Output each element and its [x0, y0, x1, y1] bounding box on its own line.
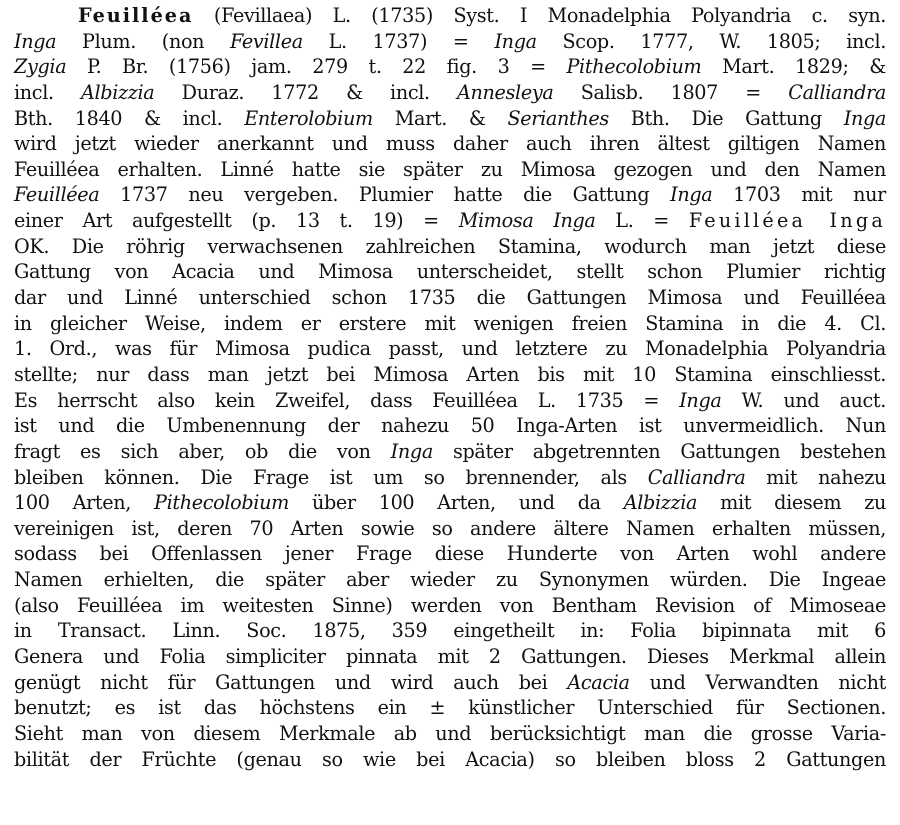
- body-text: mit nahezu: [745, 466, 886, 489]
- italic-taxon-name: Fevillea: [230, 30, 303, 53]
- italic-taxon-name: Inga: [494, 30, 536, 53]
- body-text: in gleicher Weise, indem er erstere mit …: [14, 312, 886, 335]
- text-line: Genera und Folia simpliciter pinnata mit…: [14, 644, 886, 670]
- text-line: 1. Ord., was für Mimosa pudica passt, un…: [14, 336, 886, 362]
- body-text: und Verwandten nicht: [630, 671, 886, 694]
- text-line: Gattung von Acacia und Mimosa unterschei…: [14, 259, 886, 285]
- italic-taxon-name: Inga: [391, 440, 433, 463]
- text-line: genügt nicht für Gattungen und wird auch…: [14, 670, 886, 696]
- body-text: 100 Arten,: [14, 491, 154, 514]
- body-text: einer Art aufgestellt (p. 13 t. 19) =: [14, 209, 459, 232]
- body-text: L. 1737) =: [303, 30, 495, 53]
- italic-taxon-name: Serianthes: [507, 107, 608, 130]
- text-line: Feuilléea (Fevillaea) L. (1735) Syst. I …: [14, 3, 886, 29]
- body-text: 1. Ord., was für Mimosa pudica passt, un…: [14, 337, 886, 360]
- text-line: vereinigen ist, deren 70 Arten sowie so …: [14, 516, 886, 542]
- italic-taxon-name: Calliandra: [788, 81, 886, 104]
- body-text: genügt nicht für Gattungen und wird auch…: [14, 671, 567, 694]
- text-line: einer Art aufgestellt (p. 13 t. 19) = Mi…: [14, 208, 886, 234]
- body-text: Es herrscht also kein Zweifel, dass Feui…: [14, 389, 679, 412]
- italic-taxon-name: Zygia: [14, 55, 66, 78]
- text-line: Sieht man von diesem Merkmale ab und ber…: [14, 721, 886, 747]
- text-line: Es herrscht also kein Zweifel, dass Feui…: [14, 388, 886, 414]
- text-line: stellte; nur dass man jetzt bei Mimosa A…: [14, 362, 886, 388]
- body-text: Bth. Die Gattung: [609, 107, 844, 130]
- body-text: (also Feuilléea im weitesten Sinne) werd…: [14, 594, 886, 617]
- body-text: bilität der Früchte (genau so wie bei Ac…: [14, 748, 886, 771]
- text-line: Bth. 1840 & incl. Enterolobium Mart. & S…: [14, 106, 886, 132]
- genus-heading: Feuilléea: [78, 4, 193, 27]
- body-text: incl.: [14, 81, 81, 104]
- body-text: Namen erhielten, die später aber wieder …: [14, 568, 886, 591]
- text-line: fragt es sich aber, ob die von Inga spät…: [14, 439, 886, 465]
- body-text: 1737 neu vergeben. Plumier hatte die Gat…: [99, 183, 670, 206]
- body-text: später abgetrennten Gattungen bestehen: [433, 440, 886, 463]
- body-text: W. und auct.: [721, 389, 886, 412]
- body-text: Duraz. 1772 & incl.: [154, 81, 457, 104]
- spaced-species-name: Feuilléea Inga: [689, 209, 886, 232]
- body-text: Plum. (non: [56, 30, 230, 53]
- body-text: benutzt; es ist das höchstens ein ± küns…: [14, 696, 886, 719]
- body-text: (Fevillaea) L. (1735) Syst. I Monadelphi…: [193, 4, 886, 27]
- italic-taxon-name: Annesleya: [457, 81, 553, 104]
- body-text: Salisb. 1807 =: [553, 81, 788, 104]
- body-text: Scop. 1777, W. 1805; incl.: [537, 30, 886, 53]
- body-text: vereinigen ist, deren 70 Arten sowie so …: [14, 517, 886, 540]
- body-text: in Transact. Linn. Soc. 1875, 359 einget…: [14, 619, 886, 642]
- italic-taxon-name: Enterolobium: [244, 107, 373, 130]
- italic-taxon-name: Inga: [844, 107, 886, 130]
- body-text: ist und die Umbenennung der nahezu 50 In…: [14, 414, 886, 437]
- body-text: dar und Linné unterschied schon 1735 die…: [14, 286, 886, 309]
- italic-taxon-name: Inga: [670, 183, 712, 206]
- italic-taxon-name: Inga: [14, 30, 56, 53]
- text-line: Feuilléea erhalten. Linné hatte sie spät…: [14, 157, 886, 183]
- italic-taxon-name: Albizzia: [624, 491, 697, 514]
- text-line: OK. Die röhrig verwachsenen zahlreichen …: [14, 234, 886, 260]
- text-line: ist und die Umbenennung der nahezu 50 In…: [14, 413, 886, 439]
- body-text: über 100 Arten, und da: [289, 491, 624, 514]
- text-line: wird jetzt wieder anerkannt und muss dah…: [14, 131, 886, 157]
- text-line: Zygia P. Br. (1756) jam. 279 t. 22 fig. …: [14, 54, 886, 80]
- body-text: sodass bei Offenlassen jener Frage diese…: [14, 542, 886, 565]
- text-line: bilität der Früchte (genau so wie bei Ac…: [14, 747, 886, 773]
- body-text: L. =: [595, 209, 688, 232]
- text-line: (also Feuilléea im weitesten Sinne) werd…: [14, 593, 886, 619]
- italic-taxon-name: Feuilléea: [14, 183, 99, 206]
- body-text: Mart. 1829; &: [701, 55, 886, 78]
- body-text: wird jetzt wieder anerkannt und muss dah…: [14, 132, 886, 155]
- body-text: Sieht man von diesem Merkmale ab und ber…: [14, 722, 886, 745]
- document-page: Feuilléea (Fevillaea) L. (1735) Syst. I …: [14, 3, 886, 772]
- body-text: OK. Die röhrig verwachsenen zahlreichen …: [14, 235, 886, 258]
- text-line: Feuilléea 1737 neu vergeben. Plumier hat…: [14, 182, 886, 208]
- italic-taxon-name: Pithecolobium: [154, 491, 289, 514]
- italic-taxon-name: Acacia: [567, 671, 629, 694]
- text-line: bleiben können. Die Frage ist um so bren…: [14, 465, 886, 491]
- body-text: stellte; nur dass man jetzt bei Mimosa A…: [14, 363, 886, 386]
- body-text: P. Br. (1756) jam. 279 t. 22 fig. 3 =: [66, 55, 566, 78]
- text-line: incl. Albizzia Duraz. 1772 & incl. Annes…: [14, 80, 886, 106]
- text-line: Inga Plum. (non Fevillea L. 1737) = Inga…: [14, 29, 886, 55]
- body-text: fragt es sich aber, ob die von: [14, 440, 391, 463]
- italic-taxon-name: Mimosa Inga: [459, 209, 596, 232]
- body-text: Mart. &: [373, 107, 508, 130]
- body-text: bleiben können. Die Frage ist um so bren…: [14, 466, 648, 489]
- text-line: 100 Arten, Pithecolobium über 100 Arten,…: [14, 490, 886, 516]
- text-line: sodass bei Offenlassen jener Frage diese…: [14, 541, 886, 567]
- body-text: Feuilléea erhalten. Linné hatte sie spät…: [14, 158, 886, 181]
- italic-taxon-name: Albizzia: [81, 81, 154, 104]
- text-line: in Transact. Linn. Soc. 1875, 359 einget…: [14, 618, 886, 644]
- body-text: Genera und Folia simpliciter pinnata mit…: [14, 645, 886, 668]
- body-text: 1703 mit nur: [712, 183, 886, 206]
- italic-taxon-name: Pithecolobium: [567, 55, 702, 78]
- italic-taxon-name: Inga: [679, 389, 721, 412]
- text-line: Namen erhielten, die später aber wieder …: [14, 567, 886, 593]
- italic-taxon-name: Calliandra: [648, 466, 746, 489]
- text-line: dar und Linné unterschied schon 1735 die…: [14, 285, 886, 311]
- body-text: mit diesem zu: [697, 491, 886, 514]
- body-text: Bth. 1840 & incl.: [14, 107, 244, 130]
- text-line: in gleicher Weise, indem er erstere mit …: [14, 311, 886, 337]
- body-text: Gattung von Acacia und Mimosa unterschei…: [14, 260, 886, 283]
- text-line: benutzt; es ist das höchstens ein ± küns…: [14, 695, 886, 721]
